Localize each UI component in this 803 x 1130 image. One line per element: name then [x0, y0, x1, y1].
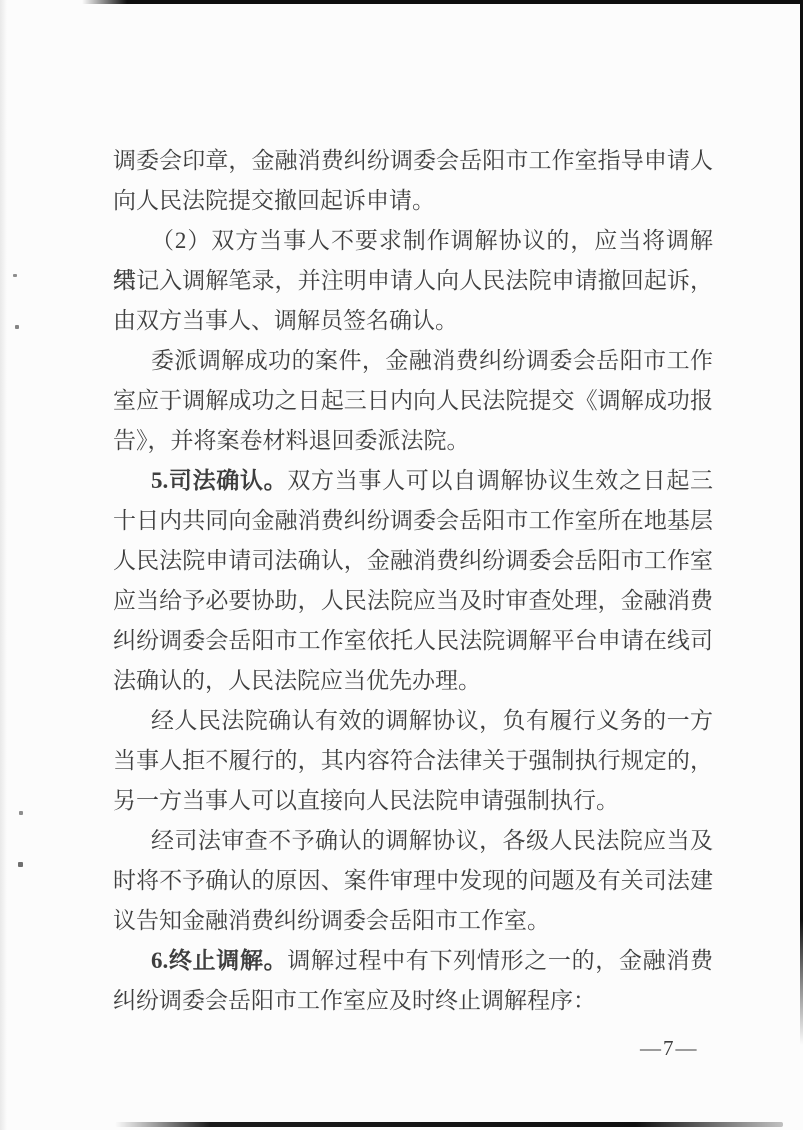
document-line: 法确认的，人民法院应当优先办理。	[113, 661, 713, 701]
document-line: 另一方当事人可以直接向人民法院申请强制执行。	[113, 781, 713, 821]
document-text-run: 双方当事人可以自调解协议生效之日起三	[287, 468, 713, 493]
scan-edge-bottom	[115, 1122, 783, 1127]
document-line: 时将不予确认的原因、案件审理中发现的问题及有关司法建	[113, 861, 713, 901]
document-text-run: 另一方当事人可以直接向人民法院申请强制执行。	[113, 788, 619, 813]
document-bold-run: 6.终止调解。	[151, 948, 287, 973]
document-line: 6.终止调解。调解过程中有下列情形之一的，金融消费	[113, 941, 713, 981]
document-line: 向人民法院提交撤回起诉申请。	[113, 181, 713, 221]
document-text-run: 法确认的，人民法院应当优先办理。	[113, 668, 481, 693]
document-text-run: 纠纷调委会岳阳市工作室依托人民法院调解平台申请在线司	[113, 628, 713, 653]
document-line: 调委会印章，金融消费纠纷调委会岳阳市工作室指导申请人	[113, 141, 713, 181]
document-line: 经人民法院确认有效的调解协议，负有履行义务的一方	[113, 701, 713, 741]
document-text-run: 告》，并将案卷材料退回委派法院。	[113, 428, 470, 453]
document-line: 委派调解成功的案件，金融消费纠纷调委会岳阳市工作	[113, 341, 713, 381]
document-text-run: 十日内共同向金融消费纠纷调委会岳阳市工作室所在地基层	[113, 508, 713, 533]
document-body: 调委会印章，金融消费纠纷调委会岳阳市工作室指导申请人向人民法院提交撤回起诉申请。…	[113, 141, 713, 1021]
document-line: 当事人拒不履行的，其内容符合法律关于强制执行规定的，	[113, 741, 713, 781]
document-text-run: 向人民法院提交撤回起诉申请。	[113, 188, 435, 213]
scan-speck	[19, 811, 23, 815]
document-line: 5.司法确认。双方当事人可以自调解协议生效之日起三	[113, 461, 713, 501]
document-line: 由双方当事人、调解员签名确认。	[113, 301, 713, 341]
scan-edge-top	[82, 0, 803, 4]
document-line: 纠纷调委会岳阳市工作室依托人民法院调解平台申请在线司	[113, 621, 713, 661]
document-text-run: 调解过程中有下列情形之一的，金融消费	[287, 948, 713, 973]
document-text-run: 室应于调解成功之日起三日内向人民法院提交《调解成功报	[113, 388, 713, 413]
document-text-run: 经司法审查不予确认的调解协议，各级人民法院应当及	[151, 828, 713, 853]
document-line: 室应于调解成功之日起三日内向人民法院提交《调解成功报	[113, 381, 713, 421]
scan-speck	[18, 862, 23, 867]
document-text-run: 人民法院申请司法确认，金融消费纠纷调委会岳阳市工作室	[113, 548, 713, 573]
document-text-run: 应当给予必要协助，人民法院应当及时审查处理，金融消费	[113, 588, 713, 613]
document-line: 应当给予必要协助，人民法院应当及时审查处理，金融消费	[113, 581, 713, 621]
document-text-run: 议告知金融消费纠纷调委会岳阳市工作室。	[113, 908, 550, 933]
document-text-run: 由双方当事人、调解员签名确认。	[113, 308, 458, 333]
scan-speck	[13, 274, 17, 277]
document-line: 十日内共同向金融消费纠纷调委会岳阳市工作室所在地基层	[113, 501, 713, 541]
document-line: 果记入调解笔录，并注明申请人向人民法院申请撤回起诉，	[113, 261, 713, 301]
document-line: 告》，并将案卷材料退回委派法院。	[113, 421, 713, 461]
document-line: 人民法院申请司法确认，金融消费纠纷调委会岳阳市工作室	[113, 541, 713, 581]
document-text-run: 纠纷调委会岳阳市工作室应及时终止调解程序：	[113, 988, 596, 1013]
document-text-run: 委派调解成功的案件，金融消费纠纷调委会岳阳市工作	[151, 348, 713, 373]
document-line: 纠纷调委会岳阳市工作室应及时终止调解程序：	[113, 981, 713, 1021]
document-text-run: 调委会印章，金融消费纠纷调委会岳阳市工作室指导申请人	[113, 148, 713, 173]
scan-edge-left-shade	[0, 0, 7, 1130]
document-text-run: 当事人拒不履行的，其内容符合法律关于强制执行规定的，	[113, 748, 713, 773]
document-line: （2）双方当事人不要求制作调解协议的，应当将调解结	[113, 221, 713, 261]
document-text-run: 时将不予确认的原因、案件审理中发现的问题及有关司法建	[113, 868, 713, 893]
document-line: 经司法审查不予确认的调解协议，各级人民法院应当及	[113, 821, 713, 861]
document-line: 议告知金融消费纠纷调委会岳阳市工作室。	[113, 901, 713, 941]
document-text-run: 果记入调解笔录，并注明申请人向人民法院申请撤回起诉，	[113, 268, 713, 293]
document-bold-run: 5.司法确认。	[151, 468, 287, 493]
page-number: —7—	[640, 1036, 699, 1061]
document-text-run: 经人民法院确认有效的调解协议，负有履行义务的一方	[151, 708, 713, 733]
scan-speck	[15, 325, 19, 329]
